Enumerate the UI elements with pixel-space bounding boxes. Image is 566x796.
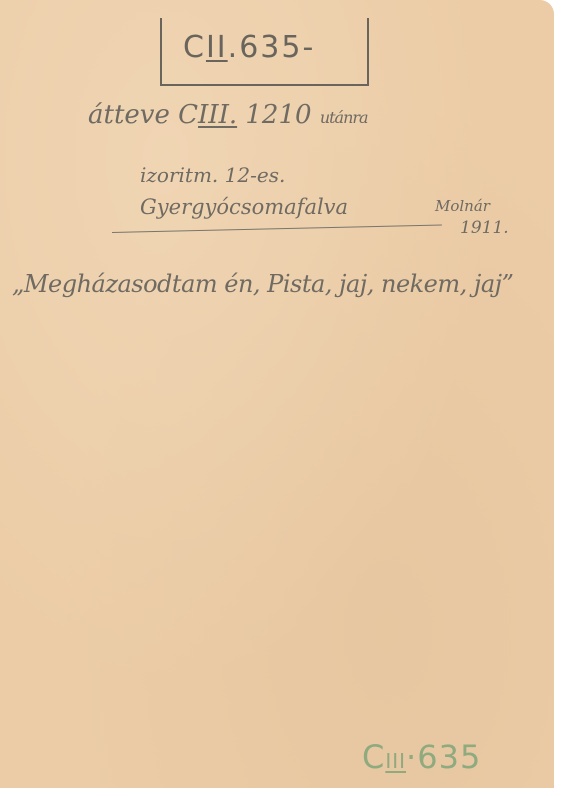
collection-year: 1911. — [460, 218, 509, 238]
transfer-prefix: C — [178, 100, 198, 130]
place-underline — [112, 225, 442, 233]
transfer-note: átteve CIII. 1210 utánra — [88, 100, 368, 130]
boxed-signature: CII.635- — [183, 30, 315, 65]
transfer-word: átteve — [88, 100, 170, 130]
signature-number: .635- — [228, 30, 316, 65]
transfer-roman: III. — [198, 100, 237, 130]
stamp-prefix: C — [362, 738, 385, 776]
signature-roman: II — [206, 30, 228, 65]
song-title: „Megházasodtam én, Pista, jaj, nekem, ja… — [12, 270, 513, 298]
place-name: Gyergyócsomafalva — [140, 195, 348, 219]
footer-stamp: CIII·635 — [362, 738, 481, 776]
collector-name: Molnár — [435, 197, 490, 215]
paper-card: CII.635- átteve CIII. 1210 utánra izorit… — [0, 0, 554, 788]
stamp-number: ·635 — [406, 738, 481, 776]
transfer-suffix: utánra — [320, 108, 368, 127]
signature-prefix: C — [183, 30, 206, 65]
transfer-number: 1210 — [245, 100, 311, 130]
rhythm-note: izoritm. 12-es. — [140, 163, 285, 187]
stamp-roman: III — [385, 749, 406, 773]
